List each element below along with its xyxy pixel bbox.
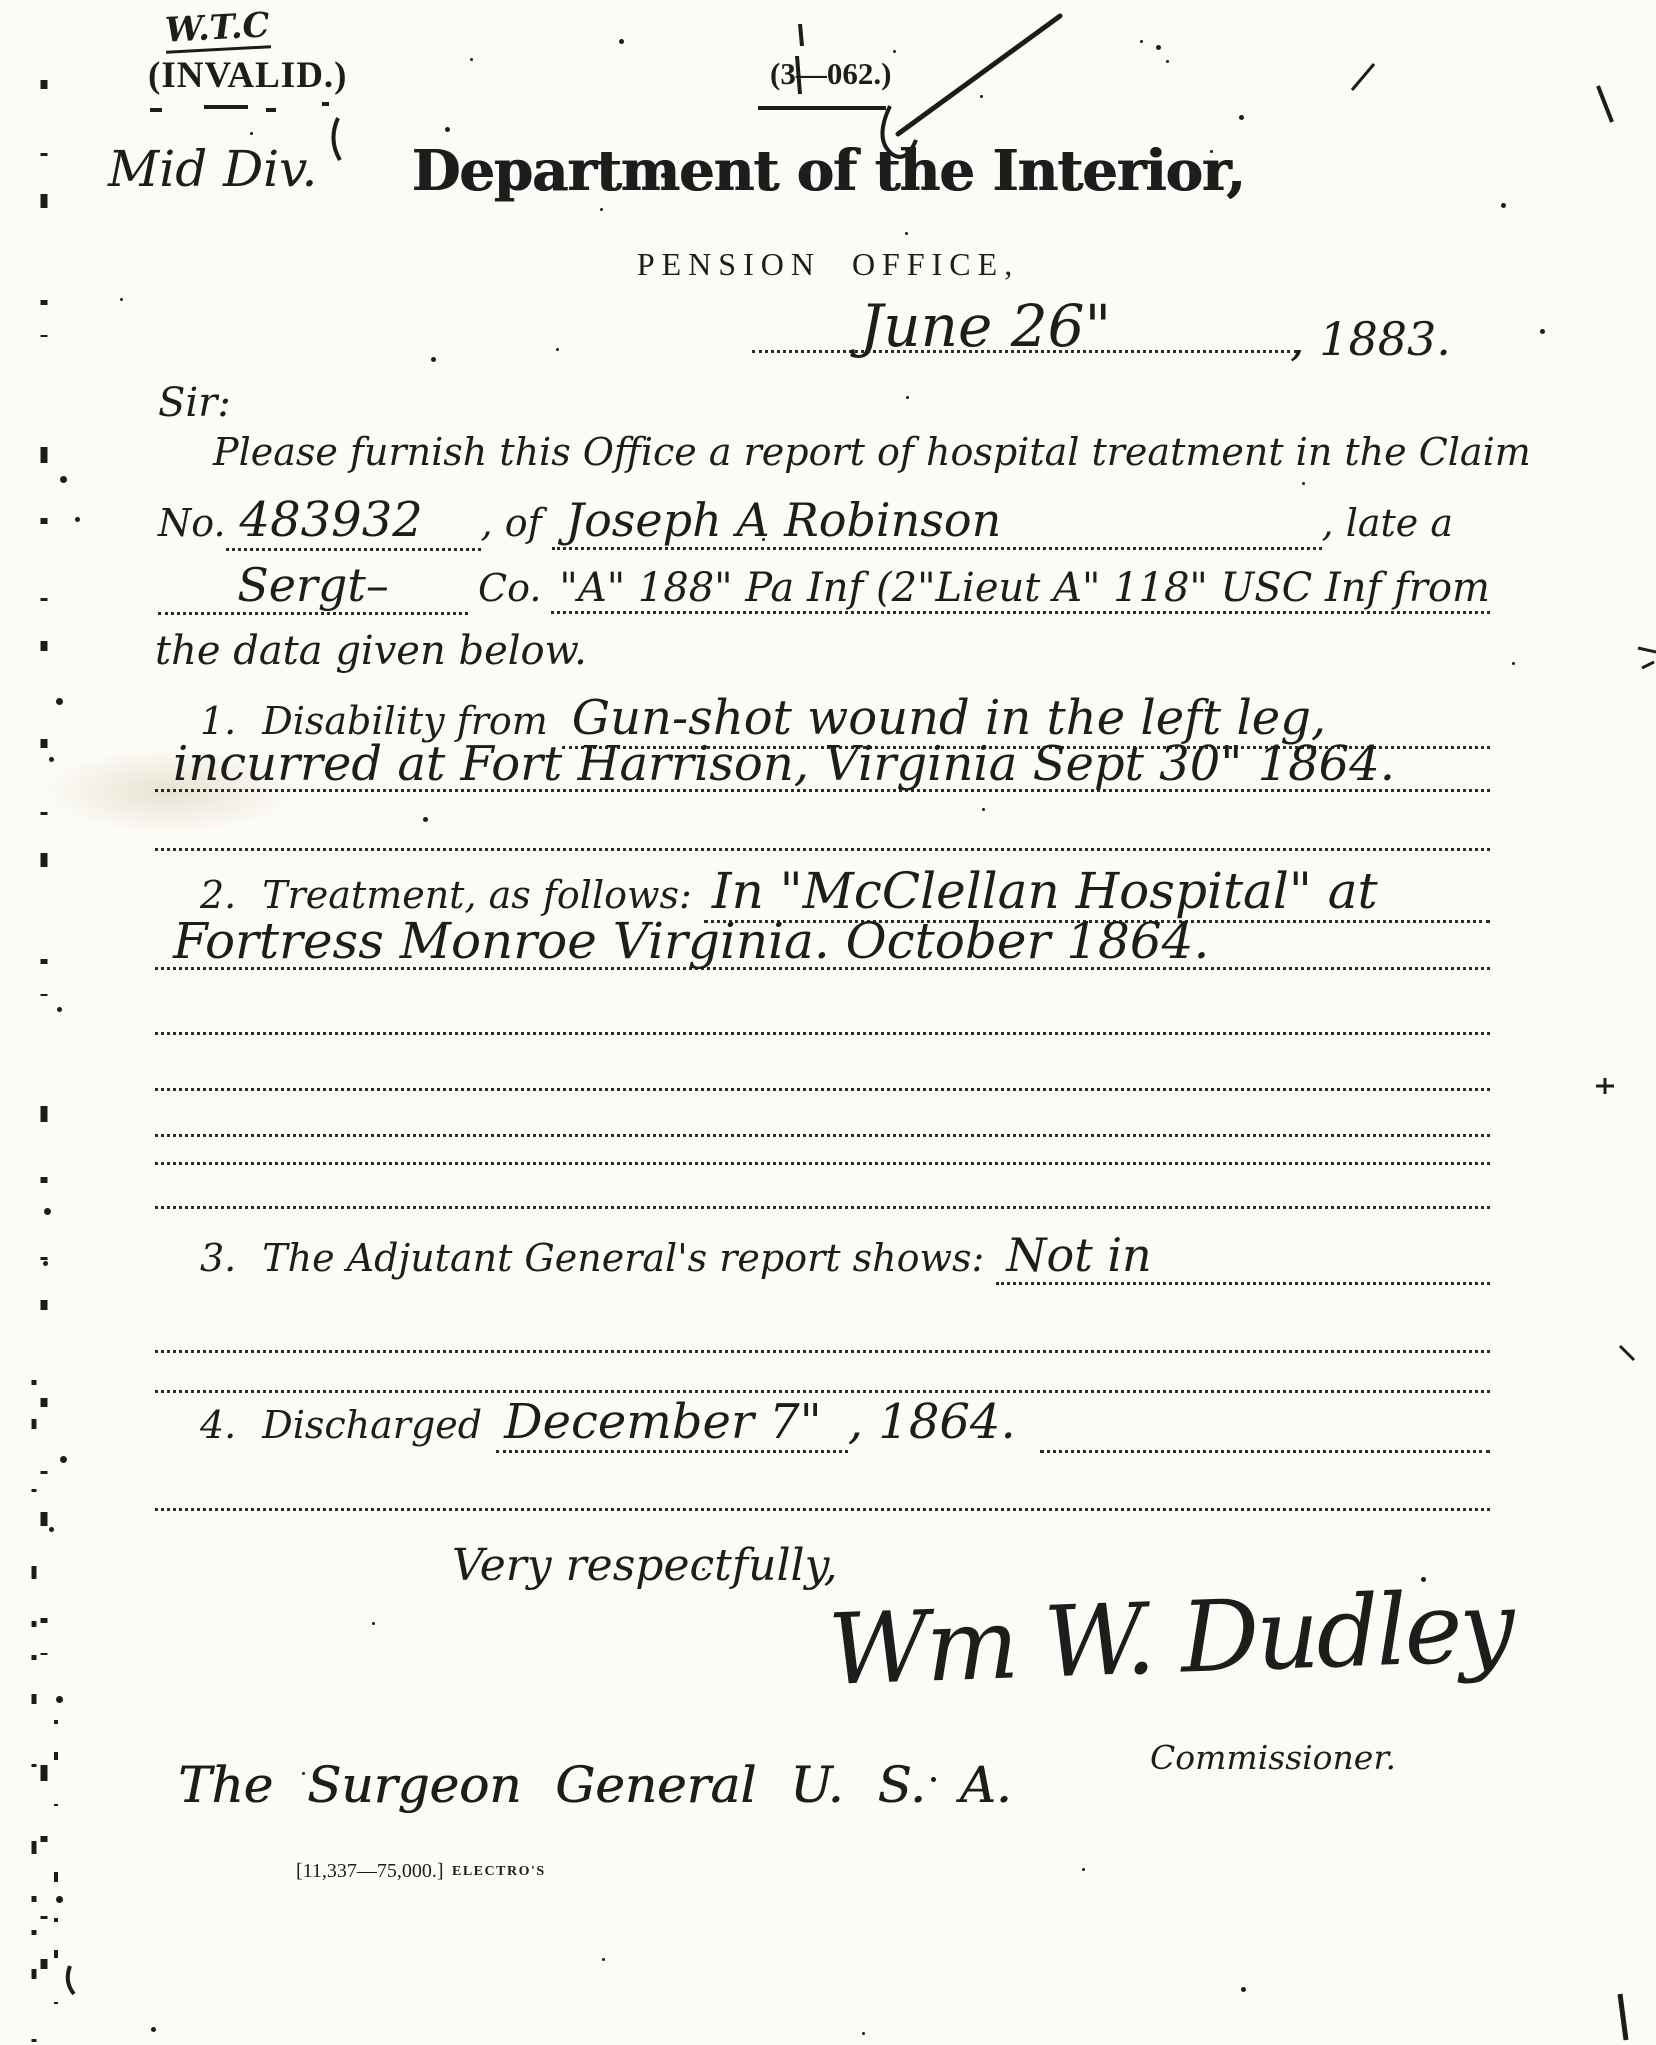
right-edge-tick-1 xyxy=(1598,86,1612,122)
blank-line xyxy=(155,1350,1490,1353)
request-line-3: Sergt– Co. "A" 188" Pa Inf (2"Lieut A" 1… xyxy=(158,558,1490,615)
blank-line xyxy=(155,1206,1490,1209)
claimant-name-fill: Joseph A Robinson xyxy=(552,493,1322,550)
item-4-fill-suffix: , 1864. xyxy=(848,1394,1016,1450)
division-note: Mid Div. xyxy=(108,140,317,198)
handwritten-endorsement: W.T.C xyxy=(164,5,271,53)
invalid-underline-dashes xyxy=(150,104,329,110)
brace-mark xyxy=(333,118,340,160)
rank-fill: Sergt– xyxy=(158,558,468,615)
pen-stroke xyxy=(898,16,1060,134)
addressee-line: The Surgeon General U. S. A. xyxy=(178,1756,1012,1814)
blank-line xyxy=(155,1032,1490,1035)
unit-fill: "A" 188" Pa Inf (2"Lieut A" 118" USC Inf… xyxy=(551,565,1490,614)
item-3-label: The Adjutant General's report shows: xyxy=(262,1236,984,1280)
right-edge-tick-4 xyxy=(1620,1346,1634,1360)
item-2-label: Treatment, as follows: xyxy=(262,873,692,917)
right-edge-tick-2 xyxy=(1638,648,1656,668)
item-3-fill: Not in xyxy=(996,1228,1490,1285)
company-label: Co. xyxy=(478,566,541,610)
blank-line xyxy=(155,1162,1490,1165)
bottom-left-mark xyxy=(68,1966,74,1994)
scan-artifacts xyxy=(0,0,1656,2045)
request-line-1: Please furnish this Office a report of h… xyxy=(213,430,1531,474)
bottom-right-mark xyxy=(1620,1994,1626,2040)
blank-line xyxy=(155,848,1490,851)
document-title: Department of the Interior, xyxy=(411,138,1244,204)
item-1-line-2: incurred at Fort Harrison, Virginia Sept… xyxy=(155,736,1490,792)
item-2-line-2: Fortress Monroe Virginia. October 1864. xyxy=(155,912,1490,970)
office-subtitle: PENSION OFFICE, xyxy=(637,246,1019,283)
date-suffix: , 1883. xyxy=(1290,312,1451,366)
item-4-fill: December 7" xyxy=(496,1394,848,1453)
of-label: , of xyxy=(481,501,542,545)
date-value: June 26" xyxy=(860,292,1111,360)
blank-line xyxy=(155,1508,1490,1511)
late-a-label: , late a xyxy=(1322,501,1453,545)
print-code: [11,337—75,000.] xyxy=(296,1860,444,1883)
commissioner-signature: Wm W. Dudley xyxy=(826,1570,1513,1708)
item-4-label: Discharged xyxy=(262,1403,482,1447)
form-number: (3—062.) xyxy=(770,56,891,92)
blank-line xyxy=(155,1088,1490,1091)
scanned-pension-form: W.T.C (INVALID.) Mid Div. (3—062.) Depar… xyxy=(0,0,1656,2045)
item-4-line: 4. Discharged December 7" , 1864. xyxy=(200,1394,1490,1453)
item-2-number: 2. xyxy=(200,873,236,917)
item-3-number: 3. xyxy=(200,1236,236,1280)
claim-no-label: No. xyxy=(158,501,226,545)
signer-title: Commissioner. xyxy=(1150,1738,1396,1777)
item-3-line: 3. The Adjutant General's report shows: … xyxy=(200,1228,1490,1285)
blank-line xyxy=(155,1390,1490,1393)
request-line-2: No. 483932 , of Joseph A Robinson , late… xyxy=(158,492,1453,551)
blank-line xyxy=(155,1134,1490,1137)
salutation: Sir: xyxy=(158,380,231,426)
item-4-trailing-blank xyxy=(1040,1411,1490,1453)
item-4-number: 4. xyxy=(200,1403,236,1447)
top-right-tick xyxy=(1352,64,1374,90)
claim-number-fill: 483932 xyxy=(226,492,481,551)
invalid-label: (INVALID.) xyxy=(148,54,347,97)
right-edge-tick-3 xyxy=(1596,1078,1614,1094)
printer-mark: ELECTRO'S xyxy=(452,1864,546,1880)
request-closing-line: the data given below. xyxy=(155,628,587,674)
valediction: Very respectfully, xyxy=(452,1540,838,1591)
